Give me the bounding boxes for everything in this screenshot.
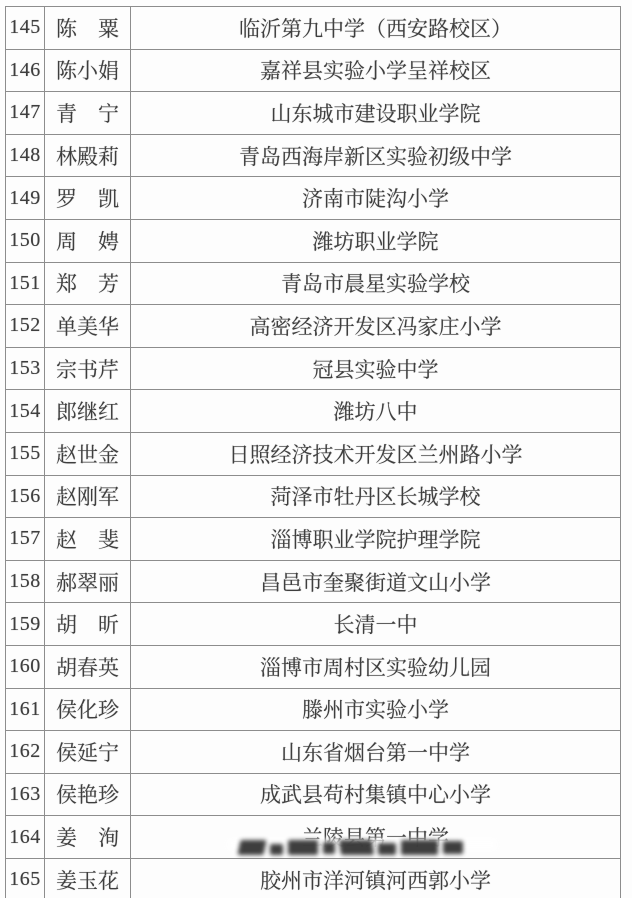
person-name: 侯艳珍	[45, 773, 131, 816]
person-name: 陈 粟	[45, 7, 131, 50]
table-row: 159胡 昕长清一中	[6, 603, 621, 646]
table-row: 155赵世金日照经济技术开发区兰州路小学	[6, 432, 621, 475]
table-row: 160胡春英淄博市周村区实验幼儿园	[6, 645, 621, 688]
school-name: 青岛西海岸新区实验初级中学	[131, 134, 621, 177]
person-name: 罗 凯	[45, 177, 131, 220]
row-number: 145	[6, 7, 45, 50]
school-name: 长清一中	[131, 603, 621, 646]
watermark-smudge	[239, 840, 463, 855]
person-name: 胡 昕	[45, 603, 131, 646]
table-row: 165姜玉花胶州市洋河镇河西郭小学	[6, 858, 621, 898]
row-number: 149	[6, 177, 45, 220]
table-row: 163侯艳珍成武县苟村集镇中心小学	[6, 773, 621, 816]
row-number: 162	[6, 731, 45, 774]
row-number: 159	[6, 603, 45, 646]
person-name: 赵 斐	[45, 518, 131, 561]
table-row: 153宗书芹冠县实验中学	[6, 347, 621, 390]
person-name: 郎继红	[45, 390, 131, 433]
row-number: 163	[6, 773, 45, 816]
school-name: 菏泽市牡丹区长城学校	[131, 475, 621, 518]
person-name: 姜 洵	[45, 816, 131, 859]
school-name: 山东省烟台第一中学	[131, 731, 621, 774]
row-number: 147	[6, 92, 45, 135]
person-name: 单美华	[45, 305, 131, 348]
row-number: 154	[6, 390, 45, 433]
school-name: 潍坊职业学院	[131, 219, 621, 262]
person-name: 宗书芹	[45, 347, 131, 390]
school-name: 胶州市洋河镇河西郭小学	[131, 858, 621, 898]
person-name: 郑 芳	[45, 262, 131, 305]
row-number: 165	[6, 858, 45, 898]
person-name: 胡春英	[45, 645, 131, 688]
table-row: 149罗 凯济南市陡沟小学	[6, 177, 621, 220]
table-row: 158郝翠丽昌邑市奎聚街道文山小学	[6, 560, 621, 603]
person-name: 周 娉	[45, 219, 131, 262]
school-name: 高密经济开发区冯家庄小学	[131, 305, 621, 348]
roster-table-body: 145陈 粟临沂第九中学（西安路校区）146陈小娟嘉祥县实验小学呈祥校区147青…	[6, 7, 621, 898]
row-number: 158	[6, 560, 45, 603]
table-row: 151郑 芳青岛市晨星实验学校	[6, 262, 621, 305]
table-row: 148林殿莉青岛西海岸新区实验初级中学	[6, 134, 621, 177]
row-number: 155	[6, 432, 45, 475]
school-name: 滕州市实验小学	[131, 688, 621, 731]
school-name: 淄博职业学院护理学院	[131, 518, 621, 561]
school-name: 淄博市周村区实验幼儿园	[131, 645, 621, 688]
roster-table: 145陈 粟临沂第九中学（西安路校区）146陈小娟嘉祥县实验小学呈祥校区147青…	[5, 6, 621, 898]
row-number: 152	[6, 305, 45, 348]
school-name: 临沂第九中学（西安路校区）	[131, 7, 621, 50]
table-row: 161侯化珍滕州市实验小学	[6, 688, 621, 731]
row-number: 153	[6, 347, 45, 390]
person-name: 郝翠丽	[45, 560, 131, 603]
person-name: 赵世金	[45, 432, 131, 475]
row-number: 146	[6, 49, 45, 92]
row-number: 151	[6, 262, 45, 305]
table-row: 154郎继红潍坊八中	[6, 390, 621, 433]
person-name: 侯化珍	[45, 688, 131, 731]
person-name: 青 宁	[45, 92, 131, 135]
table-row: 145陈 粟临沂第九中学（西安路校区）	[6, 7, 621, 50]
school-name: 昌邑市奎聚街道文山小学	[131, 560, 621, 603]
person-name: 赵刚军	[45, 475, 131, 518]
row-number: 148	[6, 134, 45, 177]
row-number: 157	[6, 518, 45, 561]
person-name: 陈小娟	[45, 49, 131, 92]
row-number: 164	[6, 816, 45, 859]
row-number: 150	[6, 219, 45, 262]
table-row: 147青 宁山东城市建设职业学院	[6, 92, 621, 135]
table-row: 146陈小娟嘉祥县实验小学呈祥校区	[6, 49, 621, 92]
table-row: 157赵 斐淄博职业学院护理学院	[6, 518, 621, 561]
school-name: 日照经济技术开发区兰州路小学	[131, 432, 621, 475]
person-name: 姜玉花	[45, 858, 131, 898]
table-row: 150周 娉潍坊职业学院	[6, 219, 621, 262]
row-number: 161	[6, 688, 45, 731]
table-row: 162侯延宁山东省烟台第一中学	[6, 731, 621, 774]
school-name: 冠县实验中学	[131, 347, 621, 390]
row-number: 160	[6, 645, 45, 688]
person-name: 侯延宁	[45, 731, 131, 774]
table-row: 152单美华高密经济开发区冯家庄小学	[6, 305, 621, 348]
school-name: 山东城市建设职业学院	[131, 92, 621, 135]
row-number: 156	[6, 475, 45, 518]
school-name: 济南市陡沟小学	[131, 177, 621, 220]
school-name: 成武县苟村集镇中心小学	[131, 773, 621, 816]
person-name: 林殿莉	[45, 134, 131, 177]
school-name: 青岛市晨星实验学校	[131, 262, 621, 305]
table-row: 156赵刚军菏泽市牡丹区长城学校	[6, 475, 621, 518]
page-root: { "colors": { "background": "#fdfdfd", "…	[0, 0, 632, 898]
school-name: 嘉祥县实验小学呈祥校区	[131, 49, 621, 92]
school-name: 潍坊八中	[131, 390, 621, 433]
